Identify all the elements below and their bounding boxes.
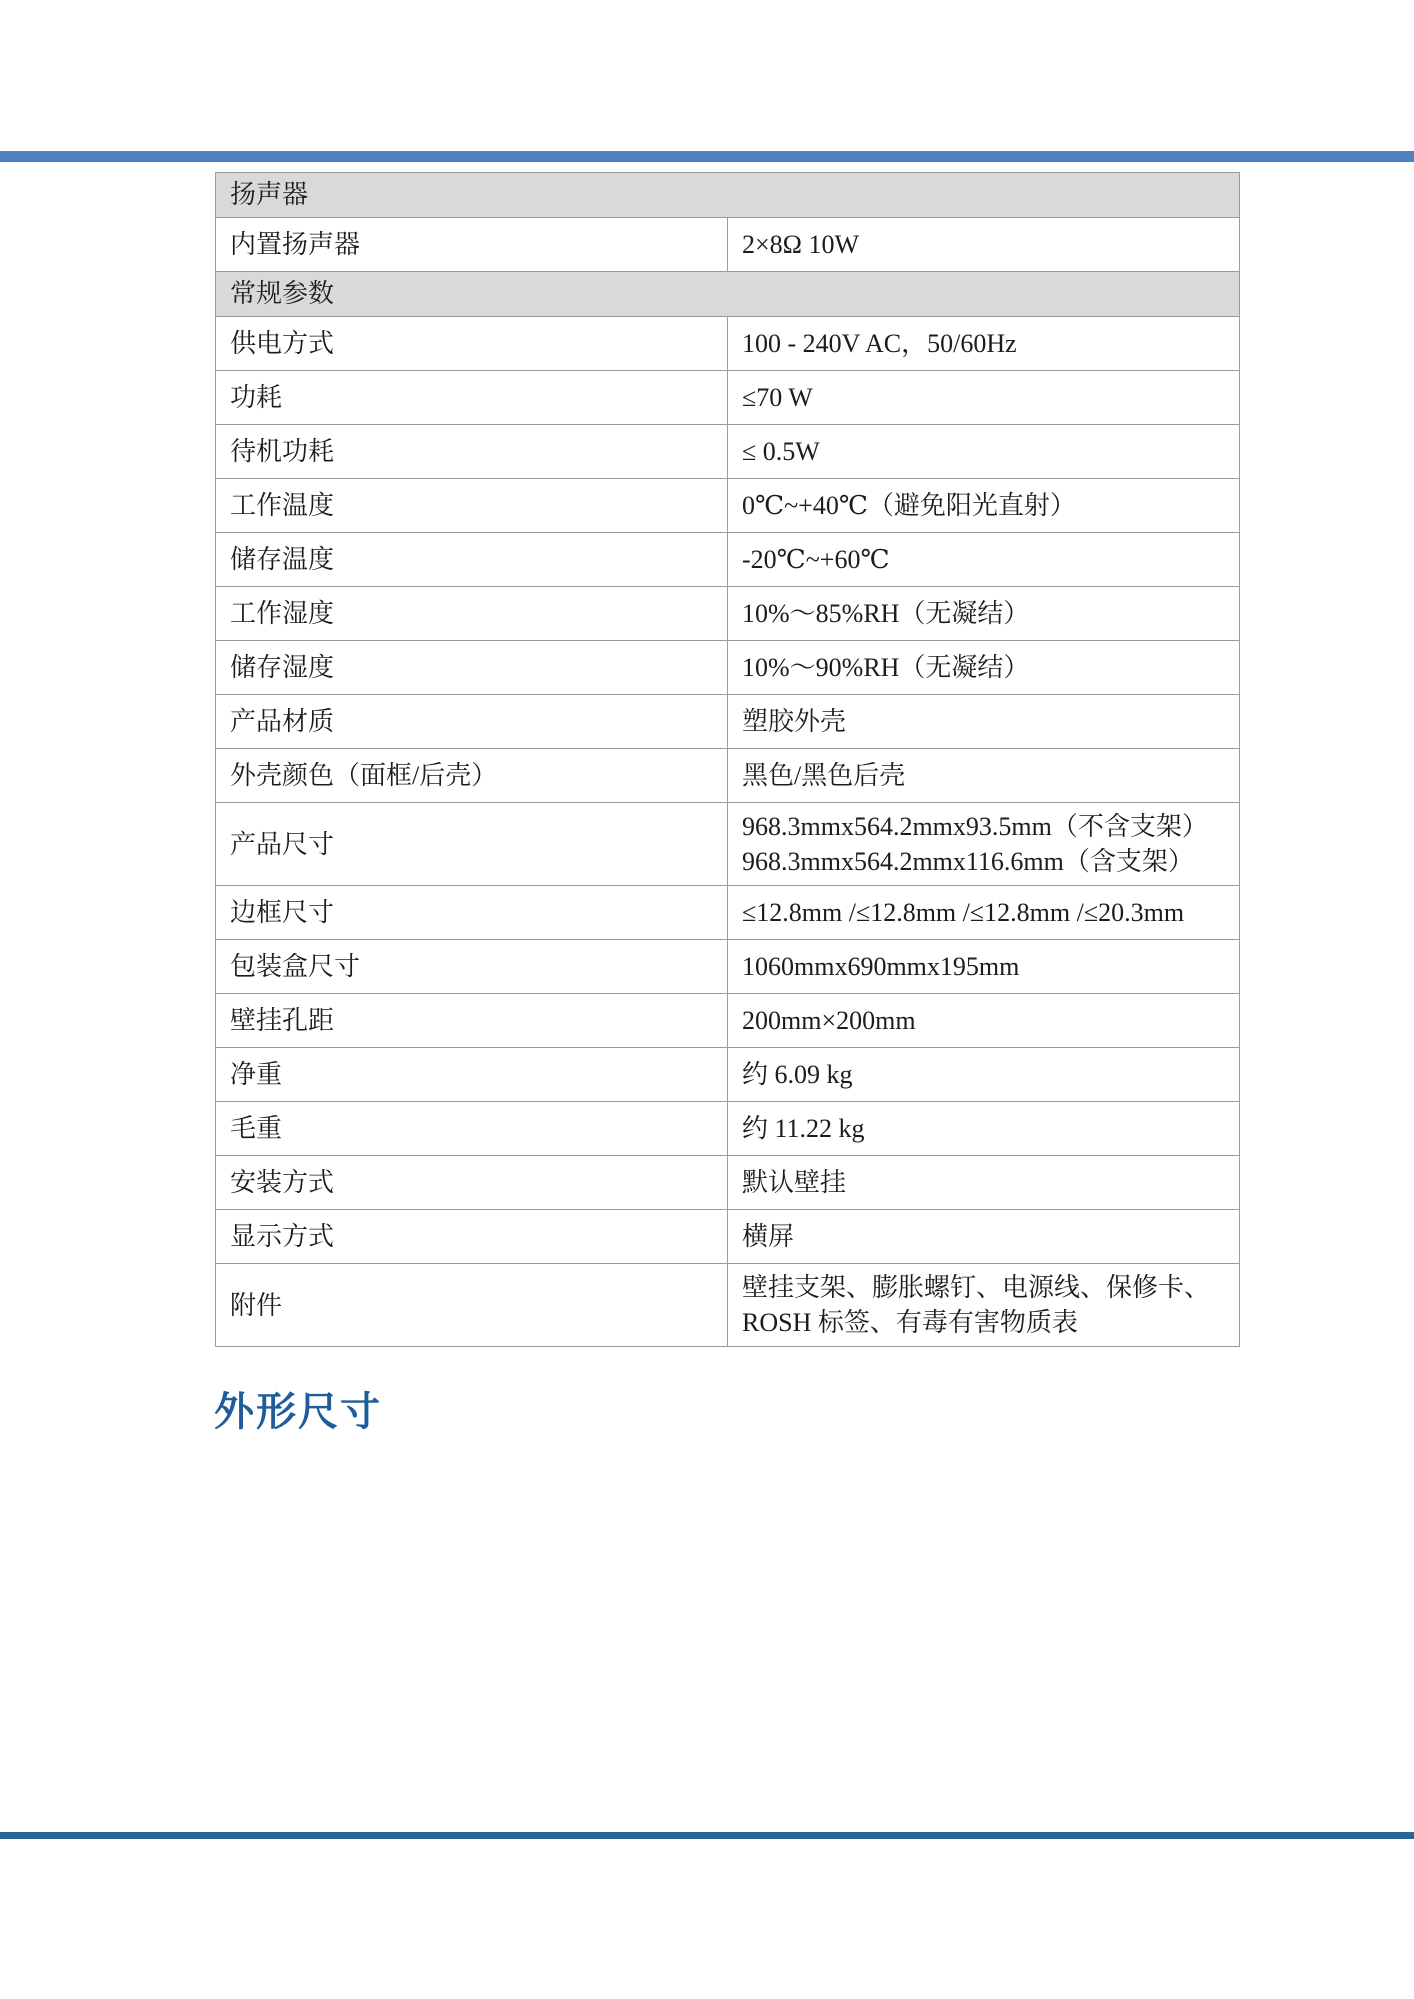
spec-value: ≤70 W bbox=[728, 371, 1240, 425]
spec-label: 产品尺寸 bbox=[216, 803, 728, 886]
table-row: 净重约 6.09 kg bbox=[216, 1048, 1240, 1102]
spec-label: 工作湿度 bbox=[216, 587, 728, 641]
top-horizontal-rule bbox=[0, 151, 1414, 162]
table-row: 边框尺寸≤12.8mm /≤12.8mm /≤12.8mm /≤20.3mm bbox=[216, 886, 1240, 940]
spec-value: 10%～90%RH（无凝结） bbox=[728, 641, 1240, 695]
spec-value: 0℃~+40℃（避免阳光直射） bbox=[728, 479, 1240, 533]
spec-label: 显示方式 bbox=[216, 1210, 728, 1264]
table-row: 储存湿度10%～90%RH（无凝结） bbox=[216, 641, 1240, 695]
table-row: 工作湿度10%～85%RH（无凝结） bbox=[216, 587, 1240, 641]
spec-table-body: 扬声器内置扬声器2×8Ω 10W常规参数供电方式100 - 240V AC，50… bbox=[216, 173, 1240, 1347]
spec-value: 200mm×200mm bbox=[728, 994, 1240, 1048]
table-row: 产品尺寸968.3mmx564.2mmx93.5mm（不含支架） 968.3mm… bbox=[216, 803, 1240, 886]
bottom-horizontal-rule bbox=[0, 1832, 1414, 1839]
table-row: 工作温度0℃~+40℃（避免阳光直射） bbox=[216, 479, 1240, 533]
table-row: 储存温度-20℃~+60℃ bbox=[216, 533, 1240, 587]
spec-table: 扬声器内置扬声器2×8Ω 10W常规参数供电方式100 - 240V AC，50… bbox=[215, 172, 1240, 1347]
table-section-row: 常规参数 bbox=[216, 272, 1240, 317]
table-row: 附件壁挂支架、膨胀螺钉、电源线、保修卡、ROSH 标签、有毒有害物质表 bbox=[216, 1264, 1240, 1347]
table-row: 包装盒尺寸1060mmx690mmx195mm bbox=[216, 940, 1240, 994]
table-row: 壁挂孔距200mm×200mm bbox=[216, 994, 1240, 1048]
spec-value: 壁挂支架、膨胀螺钉、电源线、保修卡、ROSH 标签、有毒有害物质表 bbox=[728, 1264, 1240, 1347]
section-heading: 外形尺寸 bbox=[214, 1388, 382, 1436]
table-row: 功耗≤70 W bbox=[216, 371, 1240, 425]
spec-label: 外壳颜色（面框/后壳） bbox=[216, 749, 728, 803]
spec-value: ≤12.8mm /≤12.8mm /≤12.8mm /≤20.3mm bbox=[728, 886, 1240, 940]
spec-label: 储存湿度 bbox=[216, 641, 728, 695]
table-row: 安装方式默认壁挂 bbox=[216, 1156, 1240, 1210]
table-section-header: 常规参数 bbox=[216, 272, 1240, 317]
spec-value: 约 6.09 kg bbox=[728, 1048, 1240, 1102]
spec-value: 约 11.22 kg bbox=[728, 1102, 1240, 1156]
spec-value: 塑胶外壳 bbox=[728, 695, 1240, 749]
spec-label: 包装盒尺寸 bbox=[216, 940, 728, 994]
table-row: 内置扬声器2×8Ω 10W bbox=[216, 218, 1240, 272]
spec-label: 产品材质 bbox=[216, 695, 728, 749]
spec-label: 净重 bbox=[216, 1048, 728, 1102]
spec-value: 968.3mmx564.2mmx93.5mm（不含支架） 968.3mmx564… bbox=[728, 803, 1240, 886]
spec-label: 工作温度 bbox=[216, 479, 728, 533]
table-section-row: 扬声器 bbox=[216, 173, 1240, 218]
spec-value: 默认壁挂 bbox=[728, 1156, 1240, 1210]
spec-value: 横屏 bbox=[728, 1210, 1240, 1264]
spec-value: 10%～85%RH（无凝结） bbox=[728, 587, 1240, 641]
spec-value: ≤ 0.5W bbox=[728, 425, 1240, 479]
spec-label: 安装方式 bbox=[216, 1156, 728, 1210]
table-section-header: 扬声器 bbox=[216, 173, 1240, 218]
spec-label: 壁挂孔距 bbox=[216, 994, 728, 1048]
spec-label: 毛重 bbox=[216, 1102, 728, 1156]
table-row: 显示方式横屏 bbox=[216, 1210, 1240, 1264]
spec-label: 供电方式 bbox=[216, 317, 728, 371]
spec-label: 功耗 bbox=[216, 371, 728, 425]
spec-value: 100 - 240V AC，50/60Hz bbox=[728, 317, 1240, 371]
spec-label: 边框尺寸 bbox=[216, 886, 728, 940]
table-row: 产品材质塑胶外壳 bbox=[216, 695, 1240, 749]
spec-label: 附件 bbox=[216, 1264, 728, 1347]
spec-value: 1060mmx690mmx195mm bbox=[728, 940, 1240, 994]
spec-label: 内置扬声器 bbox=[216, 218, 728, 272]
table-row: 毛重约 11.22 kg bbox=[216, 1102, 1240, 1156]
table-row: 外壳颜色（面框/后壳）黑色/黑色后壳 bbox=[216, 749, 1240, 803]
spec-label: 储存温度 bbox=[216, 533, 728, 587]
spec-label: 待机功耗 bbox=[216, 425, 728, 479]
table-row: 待机功耗≤ 0.5W bbox=[216, 425, 1240, 479]
table-row: 供电方式100 - 240V AC，50/60Hz bbox=[216, 317, 1240, 371]
spec-value: 2×8Ω 10W bbox=[728, 218, 1240, 272]
spec-value: -20℃~+60℃ bbox=[728, 533, 1240, 587]
spec-value: 黑色/黑色后壳 bbox=[728, 749, 1240, 803]
